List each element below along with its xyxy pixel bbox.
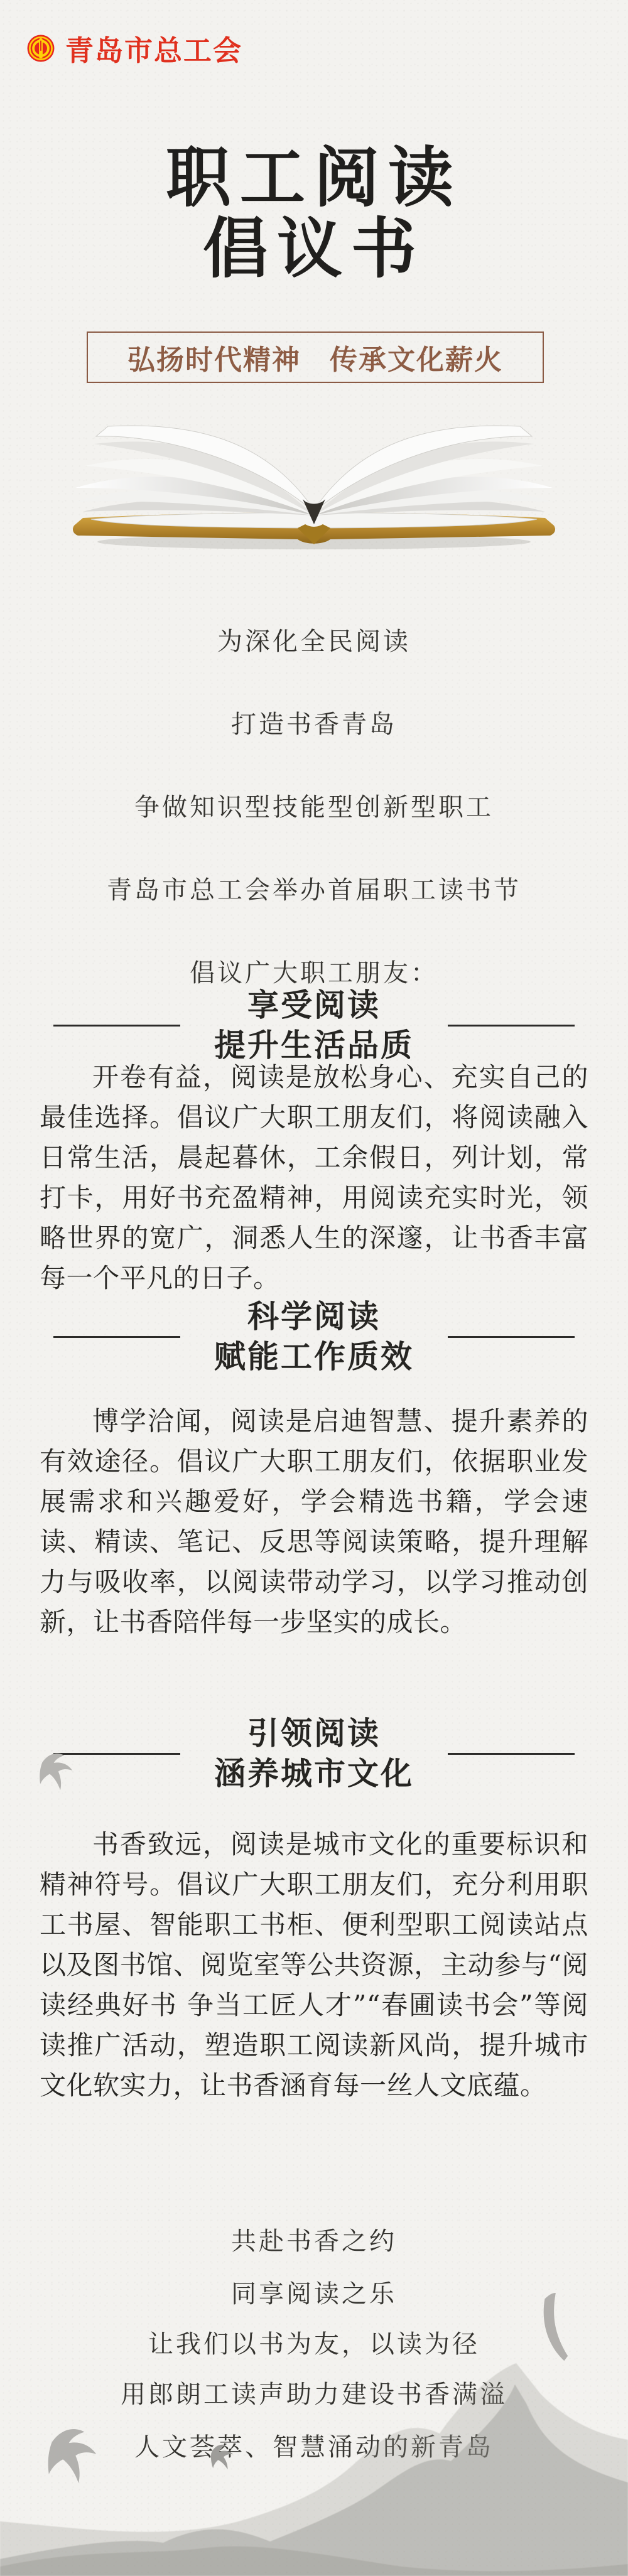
section3-paragraph: 书香致远，阅读是城市文化的重要标识和精神符号。倡议广大职工朋友们，充分利用职工书… <box>40 1824 588 2106</box>
section1-rule-right <box>448 1025 575 1027</box>
section2-paragraph: 博学洽闻，阅读是启迪智慧、提升素养的有效途径。倡议广大职工朋友们，依据职业发展需… <box>40 1401 588 1642</box>
reading-proposal-poster: 青岛市总工会 职工阅读 倡议书 弘扬时代精神 传承文化薪火 <box>0 0 628 2576</box>
header: 青岛市总工会 <box>26 28 242 68</box>
section3-rule-left <box>53 1753 180 1755</box>
closing-line: 共赴书香之约 <box>0 2221 628 2257</box>
section1-heading-line1: 享受阅读 <box>0 987 628 1023</box>
page-title: 职工阅读 倡议书 <box>0 142 628 284</box>
closing-line: 让我们以书为友，以读为径 <box>0 2324 628 2360</box>
section2-rule-left <box>53 1336 180 1338</box>
section1-rule-left <box>53 1025 180 1027</box>
section1-paragraph: 开卷有益，阅读是放松身心、充实自己的最佳选择。倡议广大职工朋友们，将阅读融入日常… <box>40 1057 588 1298</box>
section2-heading-line2: 赋能工作质效 <box>0 1339 628 1375</box>
section2-rule-right <box>448 1336 575 1338</box>
section2-heading-line1: 科学阅读 <box>0 1298 628 1335</box>
intro-line: 争做知识型技能型创新型职工 <box>0 787 628 823</box>
section3-rule-right <box>448 1753 575 1755</box>
section3-heading-line1: 引领阅读 <box>0 1715 628 1752</box>
slogan-banner-text: 弘扬时代精神 传承文化薪火 <box>127 337 503 377</box>
page-title-line2: 倡议书 <box>0 213 628 284</box>
intro-line: 青岛市总工会举办首届职工读书节 <box>0 870 628 906</box>
intro-line: 打造书香青岛 <box>0 704 628 740</box>
intro-line: 为深化全民阅读 <box>0 622 628 657</box>
slogan-banner: 弘扬时代精神 传承文化薪火 <box>87 331 544 383</box>
page-title-line1: 职工阅读 <box>0 142 628 213</box>
ink-mountains <box>0 2359 628 2576</box>
intro-line: 倡议广大职工朋友： <box>0 953 628 989</box>
org-name: 青岛市总工会 <box>65 28 242 68</box>
open-book-illustration-icon <box>57 405 571 556</box>
section3-heading-line2: 涵养城市文化 <box>0 1755 628 1792</box>
closing-line: 同享阅读之乐 <box>0 2274 628 2310</box>
trade-union-emblem-icon <box>26 34 55 63</box>
